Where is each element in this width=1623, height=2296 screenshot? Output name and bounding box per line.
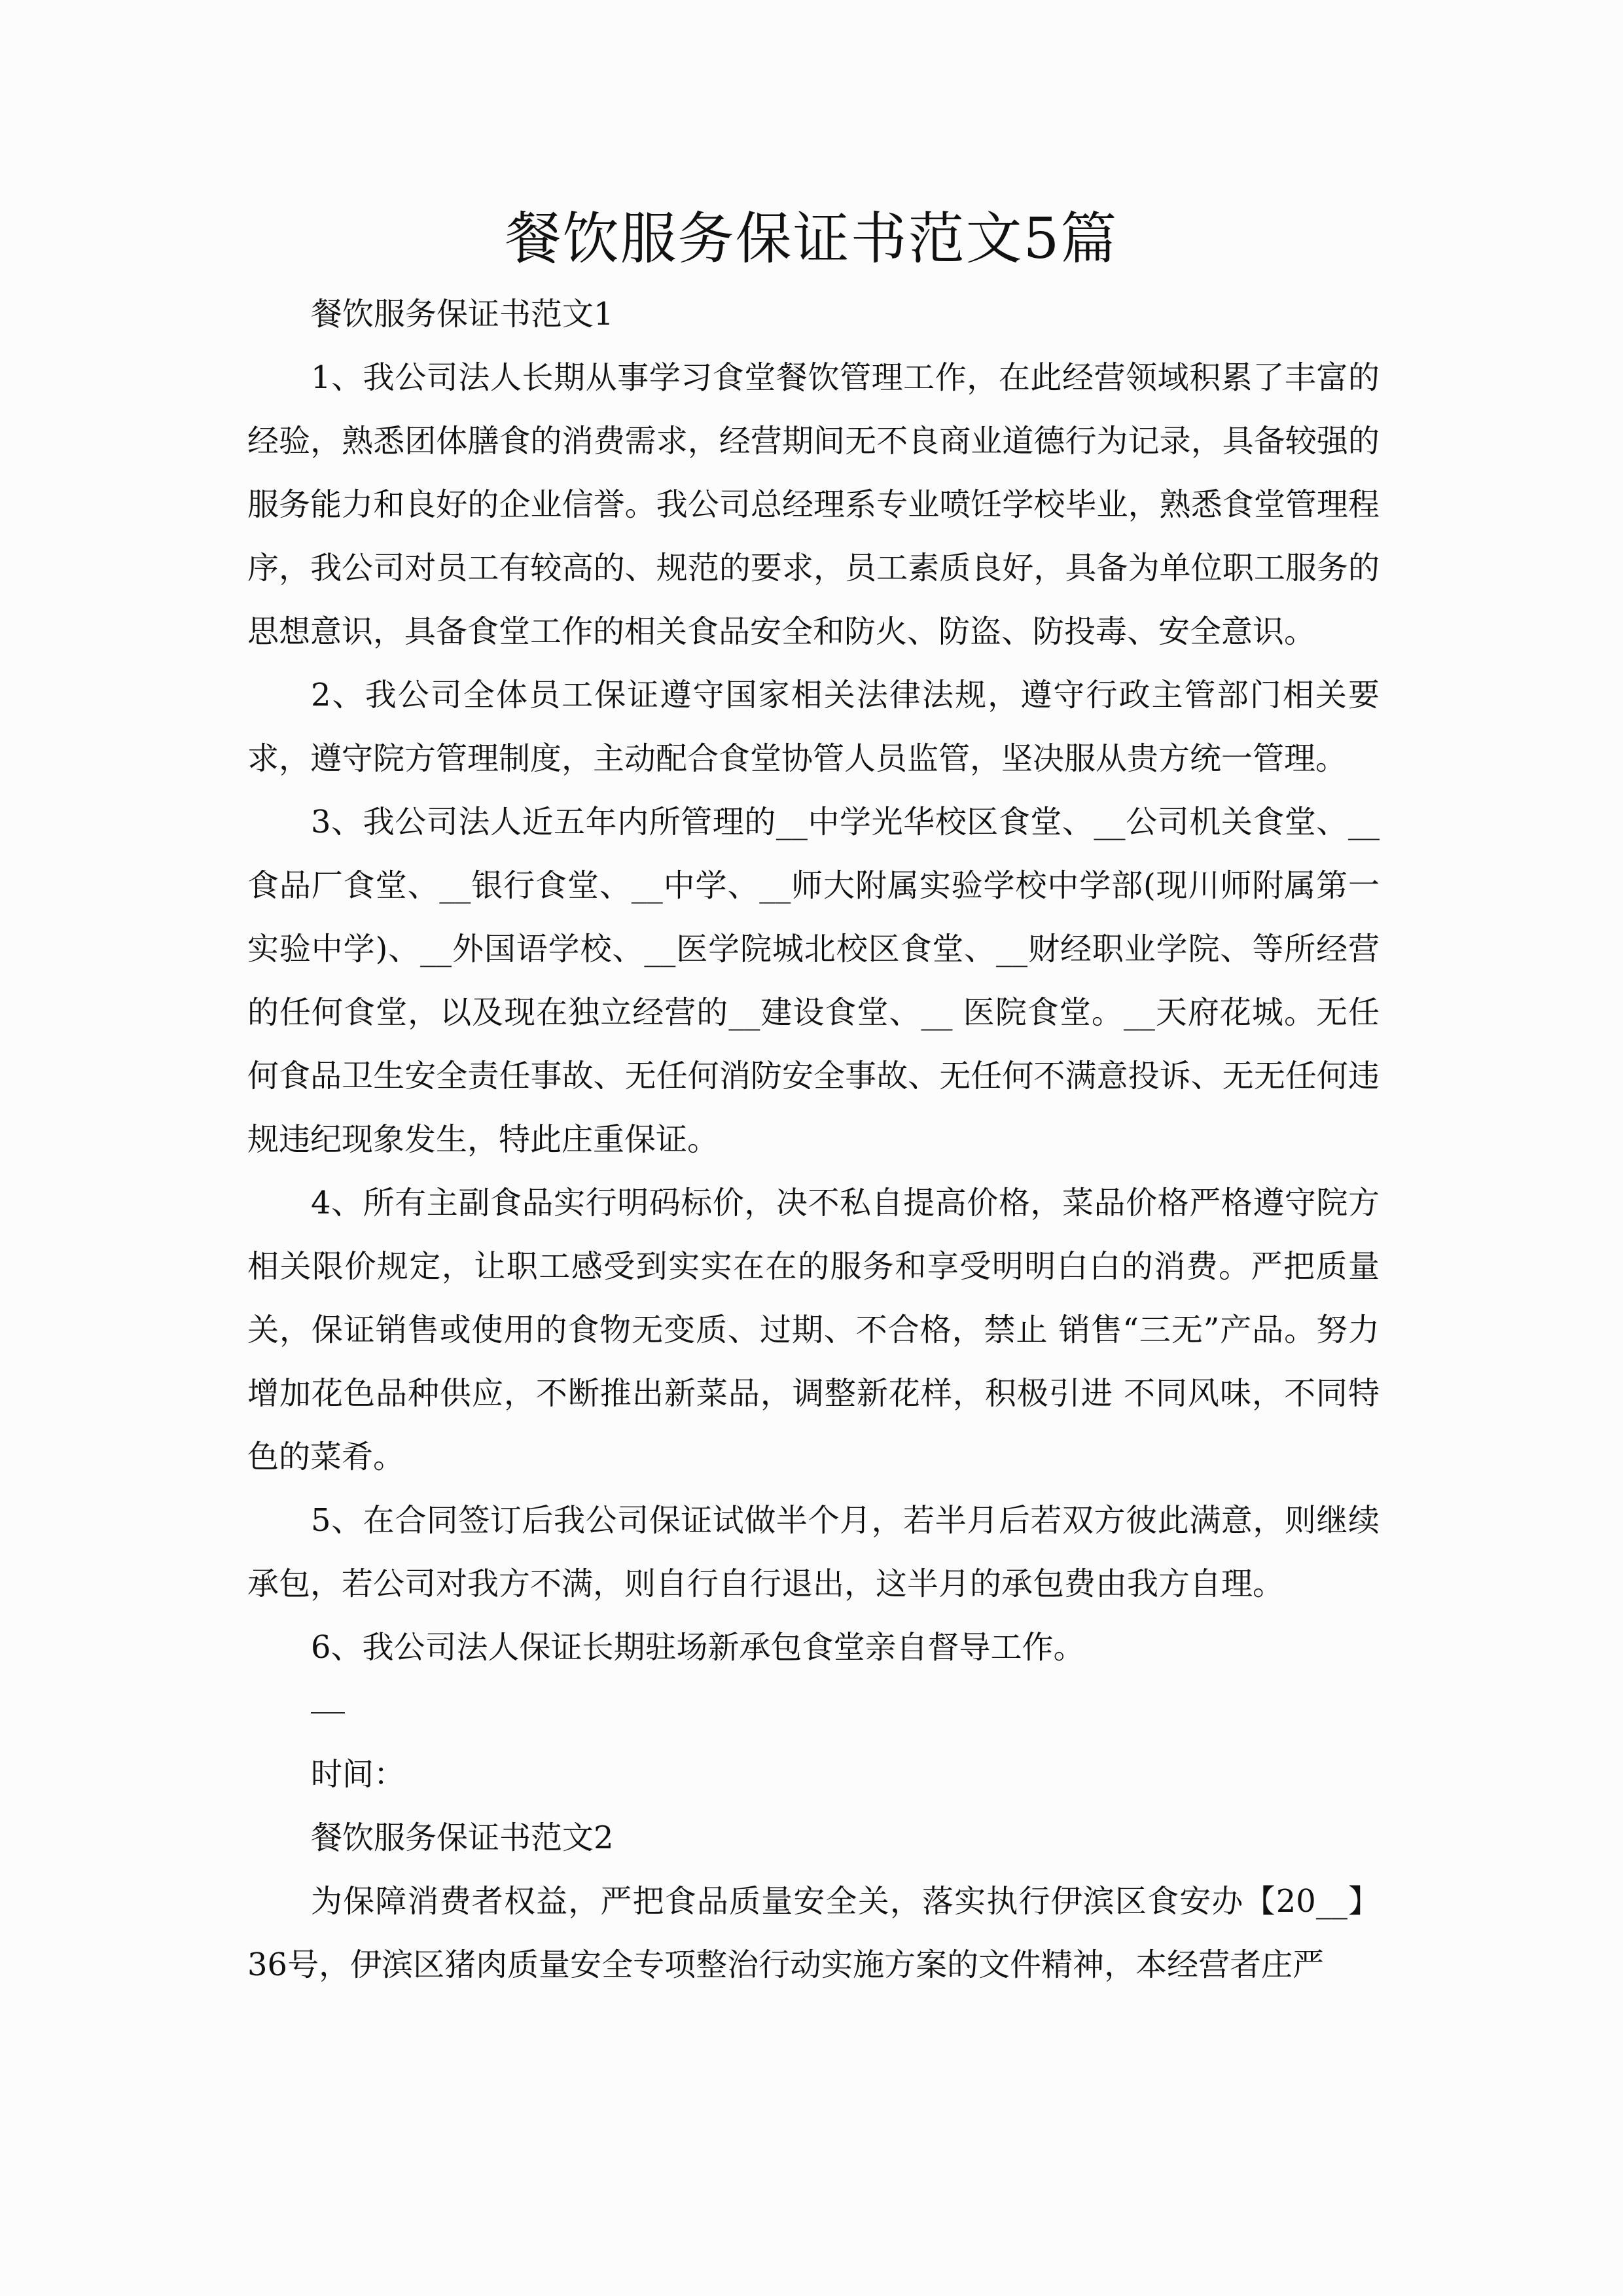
signature-blank-line [311,1679,345,1743]
date-label: 时间： [247,1743,1380,1806]
paragraph-1-item-5: 5、在合同签订后我公司保证试做半个月，若半月后若双方彼此满意，则继续承包，若公司… [247,1489,1380,1616]
section-heading-2: 餐饮服务保证书范文2 [247,1806,1380,1870]
paragraph-1-item-6: 6、我公司法人保证长期驻场新承包食堂亲自督导工作。 [247,1616,1380,1679]
paragraph-2-intro: 为保障消费者权益，严把食品质量安全关，落实执行伊滨区食安办【20__】36号，伊… [247,1870,1380,1997]
paragraph-1-item-4: 4、所有主副食品实行明码标价，决不私自提高价格，菜品价格严格遵守院方相关限价规定… [247,1172,1380,1489]
paragraph-1-item-1: 1、我公司法人长期从事学习食堂餐饮管理工作，在此经营领域积累了丰富的经验，熟悉团… [247,346,1380,664]
paragraph-1-item-2: 2、我公司全体员工保证遵守国家相关法律法规，遵守行政主管部门相关要求，遵守院方管… [247,664,1380,791]
paragraph-1-item-3: 3、我公司法人近五年内所管理的__中学光华校区食堂、__公司机关食堂、__食品厂… [247,791,1380,1172]
section-heading-1: 餐饮服务保证书范文1 [247,283,1380,346]
document-page: 餐饮服务保证书范文5篇 餐饮服务保证书范文1 1、我公司法人长期从事学习食堂餐饮… [0,0,1623,2296]
document-title: 餐饮服务保证书范文5篇 [0,200,1623,278]
document-body: 餐饮服务保证书范文1 1、我公司法人长期从事学习食堂餐饮管理工作，在此经营领域积… [247,283,1380,1997]
